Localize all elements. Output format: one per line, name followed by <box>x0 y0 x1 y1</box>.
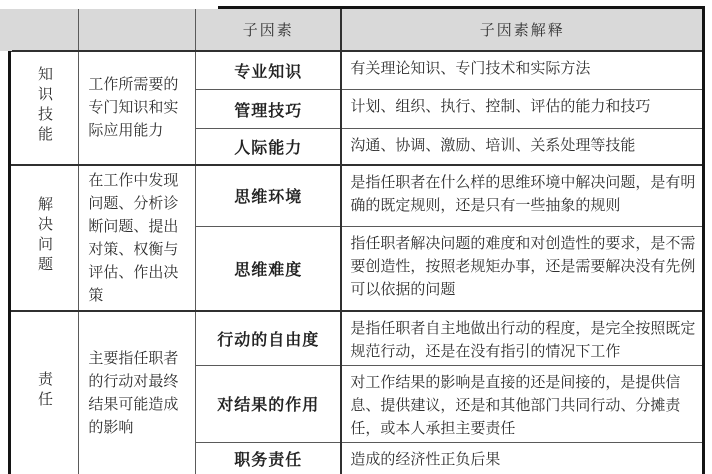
category-label: 知识技能 <box>36 66 53 146</box>
header-subfactor-cell: 子因素 <box>196 8 342 51</box>
factor-cell: 职务责任 <box>196 442 342 474</box>
job-evaluation-factor-table: 子因素 子因素解释 知识技能 工作所需要的专门知识和实际应用能力 专业知识 有关… <box>8 6 705 474</box>
description-cell: 工作所需要的专门知识和实际应用能力 <box>79 51 196 165</box>
category-label: 责任 <box>36 371 53 411</box>
header-row: 子因素 子因素解释 <box>10 8 704 51</box>
category-cell: 责任 <box>10 311 79 474</box>
explanation-cell: 指任职者解决问题的难度和对创造性的要求，是不需要创造性，按照老规矩办事，还是需要… <box>341 227 703 311</box>
factor-cell: 思维难度 <box>196 227 342 311</box>
category-cell: 解决问题 <box>10 165 79 311</box>
category-cell: 知识技能 <box>10 51 79 165</box>
factor-cell: 行动的自由度 <box>196 311 342 366</box>
factor-cell: 人际能力 <box>196 129 342 165</box>
factor-cell: 专业知识 <box>196 51 342 90</box>
factor-cell: 对结果的作用 <box>196 365 342 442</box>
top-border-gap <box>0 0 218 9</box>
explanation-cell: 是指任职者在什么样的思维环境中解决问题，是有明确的既定规则，还是只有一些抽象的规… <box>341 165 703 227</box>
header-category-cell <box>10 8 79 51</box>
table-row: 知识技能 工作所需要的专门知识和实际应用能力 专业知识 有关理论知识、专门技术和… <box>10 51 704 90</box>
header-description-cell <box>79 8 196 51</box>
explanation-cell: 有关理论知识、专门技术和实际方法 <box>341 51 703 90</box>
explanation-cell: 对工作结果的影响是直接的还是间接的，是提供信息、提供建议，还是和其他部门共同行动… <box>341 365 703 442</box>
description-cell: 在工作中发现问题、分析诊断问题、提出对策、权衡与评估、作出决策 <box>79 165 196 311</box>
explanation-cell: 计划、组织、执行、控制、评估的能力和技巧 <box>341 90 703 129</box>
category-label: 解决问题 <box>36 196 53 276</box>
header-gray-extension <box>0 9 12 51</box>
description-cell: 主要指任职者的行动对最终结果可能造成的影响 <box>79 311 196 474</box>
header-subfactor-explanation-cell: 子因素解释 <box>341 8 703 51</box>
explanation-cell: 沟通、协调、激励、培训、关系处理等技能 <box>341 129 703 165</box>
factor-cell: 思维环境 <box>196 165 342 227</box>
table-row: 责任 主要指任职者的行动对最终结果可能造成的影响 行动的自由度 是指任职者自主地… <box>10 311 704 366</box>
factor-cell: 管理技巧 <box>196 90 342 129</box>
table-screenshot: 子因素 子因素解释 知识技能 工作所需要的专门知识和实际应用能力 专业知识 有关… <box>0 0 712 474</box>
explanation-cell: 造成的经济性正负后果 <box>341 442 703 474</box>
table-row: 解决问题 在工作中发现问题、分析诊断问题、提出对策、权衡与评估、作出决策 思维环… <box>10 165 704 227</box>
explanation-cell: 是指任职者自主地做出行动的程度，是完全按照既定规范行动，还是在没有指引的情况下工… <box>341 311 703 366</box>
